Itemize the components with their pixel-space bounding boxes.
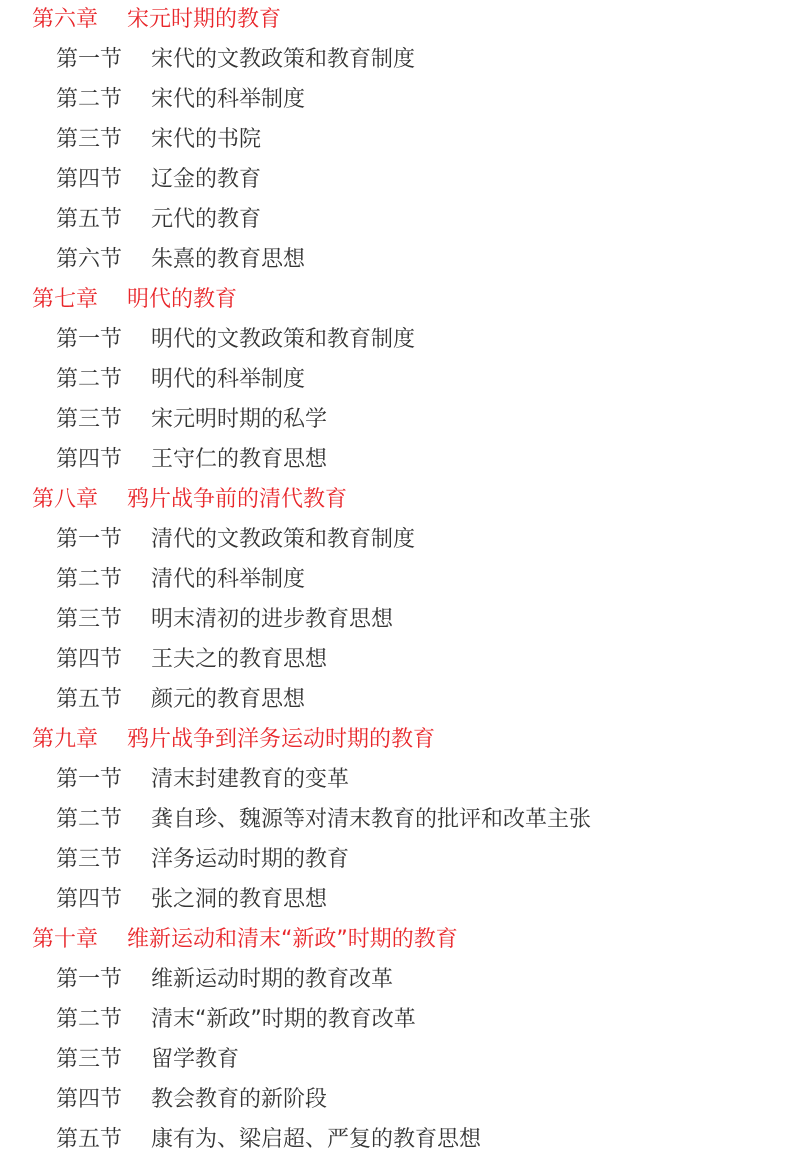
section-title: 宋元明时期的私学 (151, 400, 327, 440)
chapter-heading[interactable]: 第六章 宋元时期的教育 (0, 0, 790, 40)
section-number: 第四节 (56, 160, 122, 200)
section-number: 第四节 (56, 880, 122, 920)
section-title: 康有为、梁启超、严复的教育思想 (151, 1120, 481, 1158)
section-title: 明代的科举制度 (151, 360, 305, 400)
section-item[interactable]: 第二节 宋代的科举制度 (0, 80, 790, 120)
section-item[interactable]: 第一节 清代的文教政策和教育制度 (0, 520, 790, 560)
chapter-title: 宋元时期的教育 (127, 0, 281, 40)
section-item[interactable]: 第二节 龚自珍、魏源等对清末教育的批评和改革主张 (0, 800, 790, 840)
section-number: 第二节 (56, 360, 122, 400)
section-item[interactable]: 第五节 颜元的教育思想 (0, 680, 790, 720)
section-item[interactable]: 第五节 康有为、梁启超、严复的教育思想 (0, 1120, 790, 1158)
section-title: 元代的教育 (151, 200, 261, 240)
section-title: 王夫之的教育思想 (151, 640, 327, 680)
section-title: 辽金的教育 (151, 160, 261, 200)
section-number: 第五节 (56, 200, 122, 240)
section-title: 清代的科举制度 (151, 560, 305, 600)
section-number: 第二节 (56, 800, 122, 840)
section-number: 第六节 (56, 240, 122, 280)
section-number: 第四节 (56, 440, 122, 480)
section-title: 明代的文教政策和教育制度 (151, 320, 415, 360)
chapter-heading[interactable]: 第九章 鸦片战争到洋务运动时期的教育 (0, 720, 790, 760)
section-title: 教会教育的新阶段 (151, 1080, 327, 1120)
section-item[interactable]: 第六节 朱熹的教育思想 (0, 240, 790, 280)
section-number: 第三节 (56, 120, 122, 160)
section-title: 宋代的书院 (151, 120, 261, 160)
section-title: 宋代的科举制度 (151, 80, 305, 120)
section-title: 维新运动时期的教育改革 (151, 960, 393, 1000)
section-item[interactable]: 第三节 宋元明时期的私学 (0, 400, 790, 440)
section-item[interactable]: 第三节 明末清初的进步教育思想 (0, 600, 790, 640)
section-item[interactable]: 第三节 留学教育 (0, 1040, 790, 1080)
section-item[interactable]: 第一节 宋代的文教政策和教育制度 (0, 40, 790, 80)
chapter-title: 鸦片战争到洋务运动时期的教育 (127, 720, 435, 760)
section-item[interactable]: 第四节 张之洞的教育思想 (0, 880, 790, 920)
section-number: 第一节 (56, 320, 122, 360)
section-number: 第一节 (56, 520, 122, 560)
section-item[interactable]: 第二节 明代的科举制度 (0, 360, 790, 400)
chapter-number: 第七章 (32, 280, 98, 320)
section-number: 第四节 (56, 1080, 122, 1120)
section-item[interactable]: 第三节 宋代的书院 (0, 120, 790, 160)
section-item[interactable]: 第四节 王守仁的教育思想 (0, 440, 790, 480)
section-number: 第一节 (56, 960, 122, 1000)
chapter-number: 第六章 (32, 0, 98, 40)
chapter-heading[interactable]: 第七章 明代的教育 (0, 280, 790, 320)
section-title: 王守仁的教育思想 (151, 440, 327, 480)
section-item[interactable]: 第四节 教会教育的新阶段 (0, 1080, 790, 1120)
chapter-number: 第八章 (32, 480, 98, 520)
section-title: 颜元的教育思想 (151, 680, 305, 720)
section-item[interactable]: 第一节 清末封建教育的变革 (0, 760, 790, 800)
section-item[interactable]: 第四节 辽金的教育 (0, 160, 790, 200)
section-title: 清末“新政”时期的教育改革 (151, 1000, 416, 1040)
section-item[interactable]: 第五节 元代的教育 (0, 200, 790, 240)
section-title: 张之洞的教育思想 (151, 880, 327, 920)
section-number: 第五节 (56, 680, 122, 720)
section-number: 第三节 (56, 400, 122, 440)
section-item[interactable]: 第三节 洋务运动时期的教育 (0, 840, 790, 880)
section-title: 明末清初的进步教育思想 (151, 600, 393, 640)
section-number: 第三节 (56, 840, 122, 880)
section-item[interactable]: 第一节 明代的文教政策和教育制度 (0, 320, 790, 360)
section-item[interactable]: 第四节 王夫之的教育思想 (0, 640, 790, 680)
section-title: 留学教育 (151, 1040, 239, 1080)
section-title: 清代的文教政策和教育制度 (151, 520, 415, 560)
section-number: 第一节 (56, 40, 122, 80)
section-number: 第三节 (56, 1040, 122, 1080)
section-number: 第二节 (56, 1000, 122, 1040)
chapter-number: 第十章 (32, 920, 98, 960)
section-item[interactable]: 第一节 维新运动时期的教育改革 (0, 960, 790, 1000)
section-number: 第四节 (56, 640, 122, 680)
section-title: 朱熹的教育思想 (151, 240, 305, 280)
section-item[interactable]: 第二节 清代的科举制度 (0, 560, 790, 600)
section-number: 第一节 (56, 760, 122, 800)
chapter-heading[interactable]: 第八章 鸦片战争前的清代教育 (0, 480, 790, 520)
table-of-contents: 第六章 宋元时期的教育 第一节 宋代的文教政策和教育制度 第二节 宋代的科举制度… (0, 0, 790, 1158)
section-title: 龚自珍、魏源等对清末教育的批评和改革主张 (151, 800, 591, 840)
section-title: 清末封建教育的变革 (151, 760, 349, 800)
section-title: 宋代的文教政策和教育制度 (151, 40, 415, 80)
section-number: 第二节 (56, 80, 122, 120)
chapter-title: 明代的教育 (127, 280, 237, 320)
chapter-title: 维新运动和清末“新政”时期的教育 (127, 920, 458, 960)
section-number: 第五节 (56, 1120, 122, 1158)
section-number: 第三节 (56, 600, 122, 640)
chapter-number: 第九章 (32, 720, 98, 760)
section-item[interactable]: 第二节 清末“新政”时期的教育改革 (0, 1000, 790, 1040)
section-number: 第二节 (56, 560, 122, 600)
section-title: 洋务运动时期的教育 (151, 840, 349, 880)
chapter-title: 鸦片战争前的清代教育 (127, 480, 347, 520)
chapter-heading[interactable]: 第十章 维新运动和清末“新政”时期的教育 (0, 920, 790, 960)
